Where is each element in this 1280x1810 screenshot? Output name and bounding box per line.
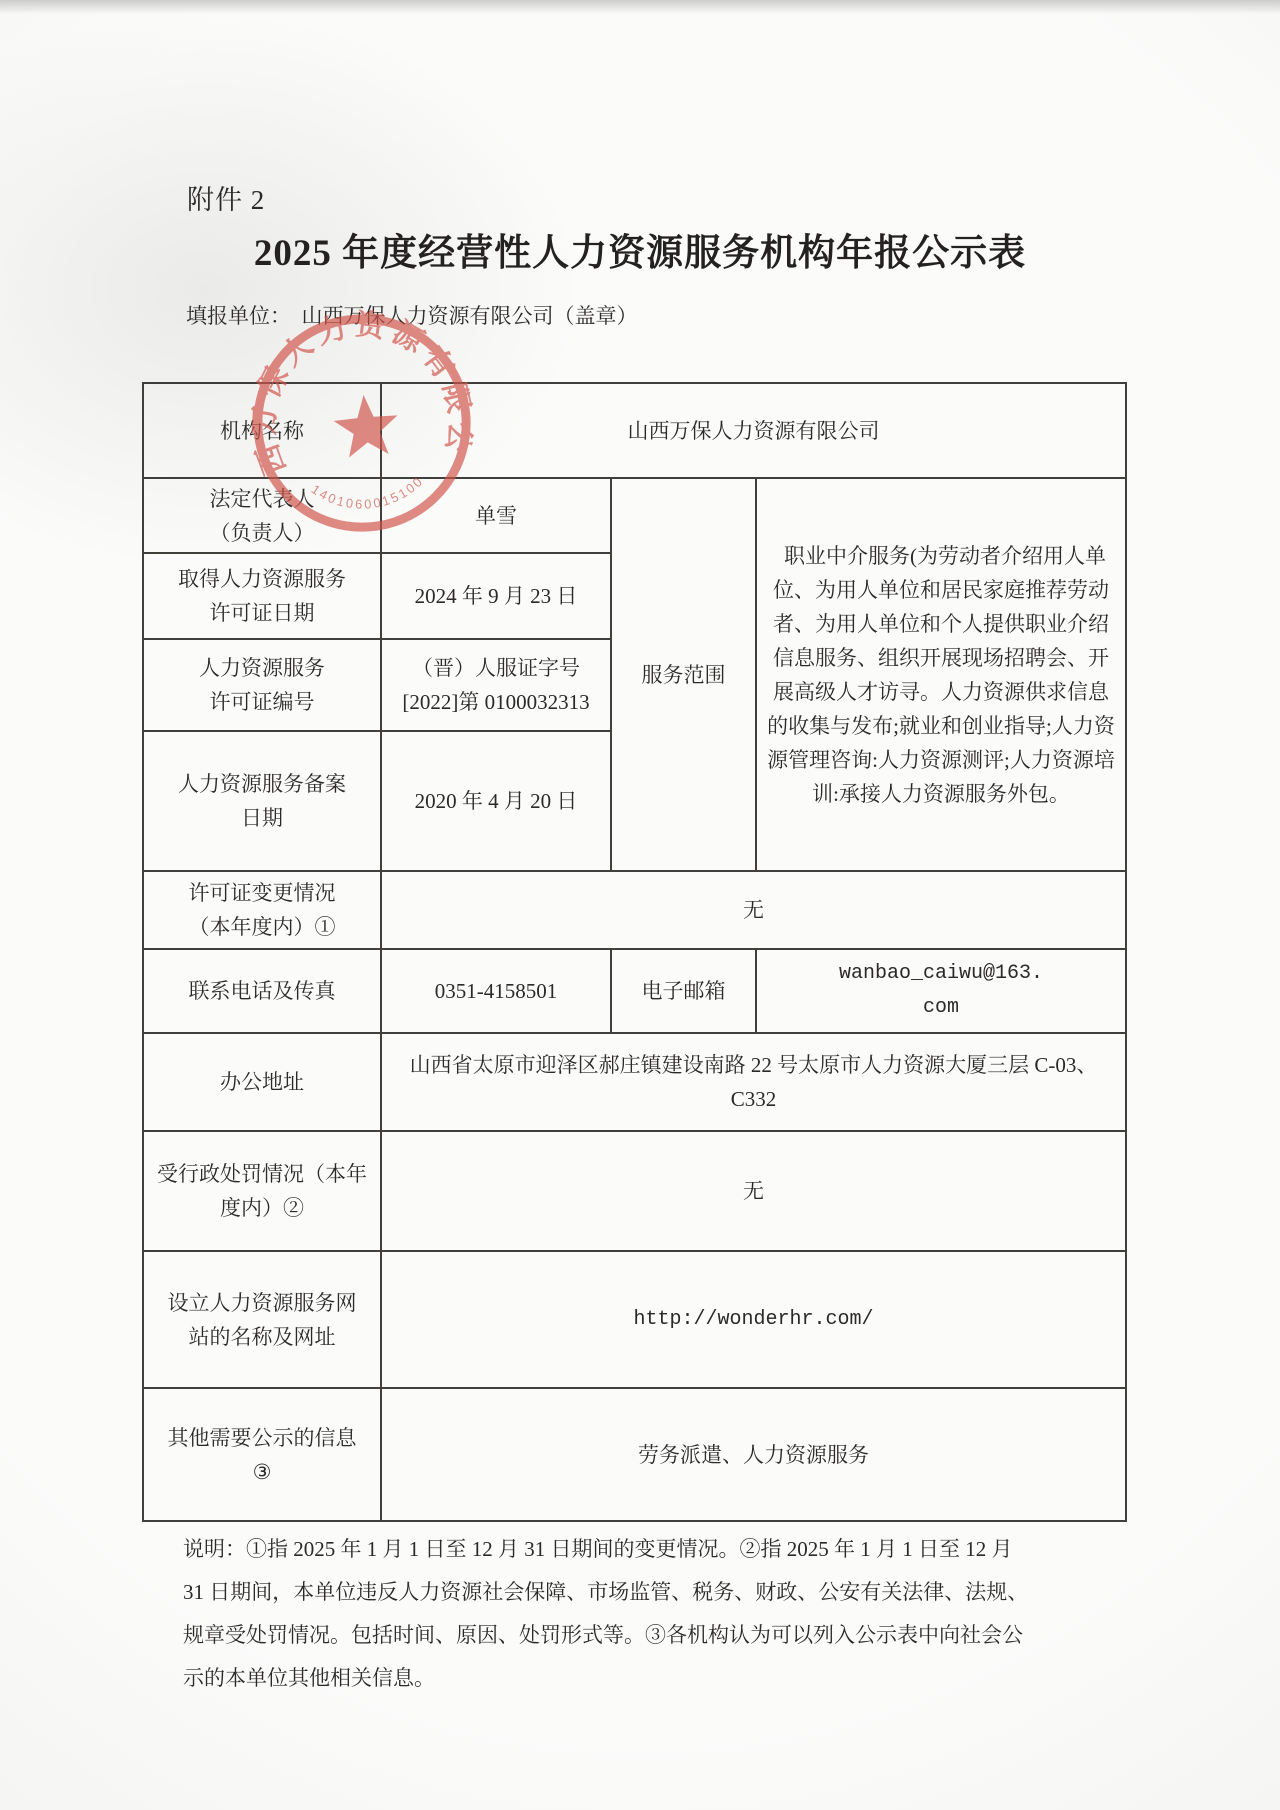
license-no-label: 人力资源服务 许可证编号 <box>143 639 381 731</box>
license-change-label: 许可证变更情况 （本年度内）① <box>143 871 381 949</box>
license-change-value: 无 <box>381 871 1126 949</box>
page-title: 2025 年度经营性人力资源服务机构年报公示表 <box>80 222 1200 276</box>
legal-rep-label: 法定代表人 （负责人） <box>143 478 381 553</box>
notes-paragraph: 说明：①指 2025 年 1 月 1 日至 12 月 31 日期间的变更情况。②… <box>183 1528 1101 1700</box>
table-row: 许可证变更情况 （本年度内）① 无 <box>143 871 1126 949</box>
phone-label: 联系电话及传真 <box>143 949 381 1033</box>
table-row: 联系电话及传真 0351-4158501 电子邮箱 wanbao_caiwu@1… <box>143 949 1126 1033</box>
penalty-value: 无 <box>381 1131 1126 1251</box>
document-page: 附件 2 2025 年度经营性人力资源服务机构年报公示表 填报单位： 山西万保人… <box>0 0 1280 1810</box>
address-value: 山西省太原市迎泽区郝庄镇建设南路 22 号太原市人力资源大厦三层 C-03、 C… <box>381 1033 1126 1131</box>
table-row: 其他需要公示的信息 ③ 劳务派遣、人力资源服务 <box>143 1388 1126 1521</box>
other-info-value: 劳务派遣、人力资源服务 <box>381 1388 1126 1521</box>
table-row: 机构名称 山西万保人力资源有限公司 <box>143 383 1126 478</box>
website-value: http://wonderhr.com/ <box>381 1251 1126 1388</box>
table-row: 办公地址 山西省太原市迎泽区郝庄镇建设南路 22 号太原市人力资源大厦三层 C-… <box>143 1033 1126 1131</box>
table-row: 设立人力资源服务网 站的名称及网址 http://wonderhr.com/ <box>143 1251 1126 1388</box>
service-scope-label: 服务范围 <box>611 478 756 871</box>
org-name-value: 山西万保人力资源有限公司 <box>381 383 1126 478</box>
address-label: 办公地址 <box>143 1033 381 1131</box>
annual-report-table: 机构名称 山西万保人力资源有限公司 法定代表人 （负责人） 单雪 服务范围 职业… <box>142 382 1127 1522</box>
phone-value: 0351-4158501 <box>381 949 611 1033</box>
penalty-label: 受行政处罚情况（本年 度内）② <box>143 1131 381 1251</box>
legal-rep-value: 单雪 <box>381 478 611 553</box>
service-scope-value: 职业中介服务(为劳动者介绍用人单位、为用人单位和居民家庭推荐劳动者、为用人单位和… <box>756 478 1126 871</box>
license-date-value: 2024 年 9 月 23 日 <box>381 553 611 639</box>
email-value: wanbao_caiwu@163. com <box>756 949 1126 1033</box>
other-info-label: 其他需要公示的信息 ③ <box>143 1388 381 1521</box>
license-date-label: 取得人力资源服务 许可证日期 <box>143 553 381 639</box>
license-no-value: （晋）人服证字号 [2022]第 0100032313 <box>381 639 611 731</box>
website-label: 设立人力资源服务网 站的名称及网址 <box>143 1251 381 1388</box>
attachment-label: 附件 2 <box>187 178 265 217</box>
table-row: 法定代表人 （负责人） 单雪 服务范围 职业中介服务(为劳动者介绍用人单位、为用… <box>143 478 1126 553</box>
org-name-label: 机构名称 <box>143 383 381 478</box>
reporting-unit-line: 填报单位： 山西万保人力资源有限公司（盖章） <box>186 300 638 330</box>
filing-date-label: 人力资源服务备案 日期 <box>143 731 381 871</box>
table-row: 受行政处罚情况（本年 度内）② 无 <box>143 1131 1126 1251</box>
filing-date-value: 2020 年 4 月 20 日 <box>381 731 611 871</box>
email-label: 电子邮箱 <box>611 949 756 1033</box>
